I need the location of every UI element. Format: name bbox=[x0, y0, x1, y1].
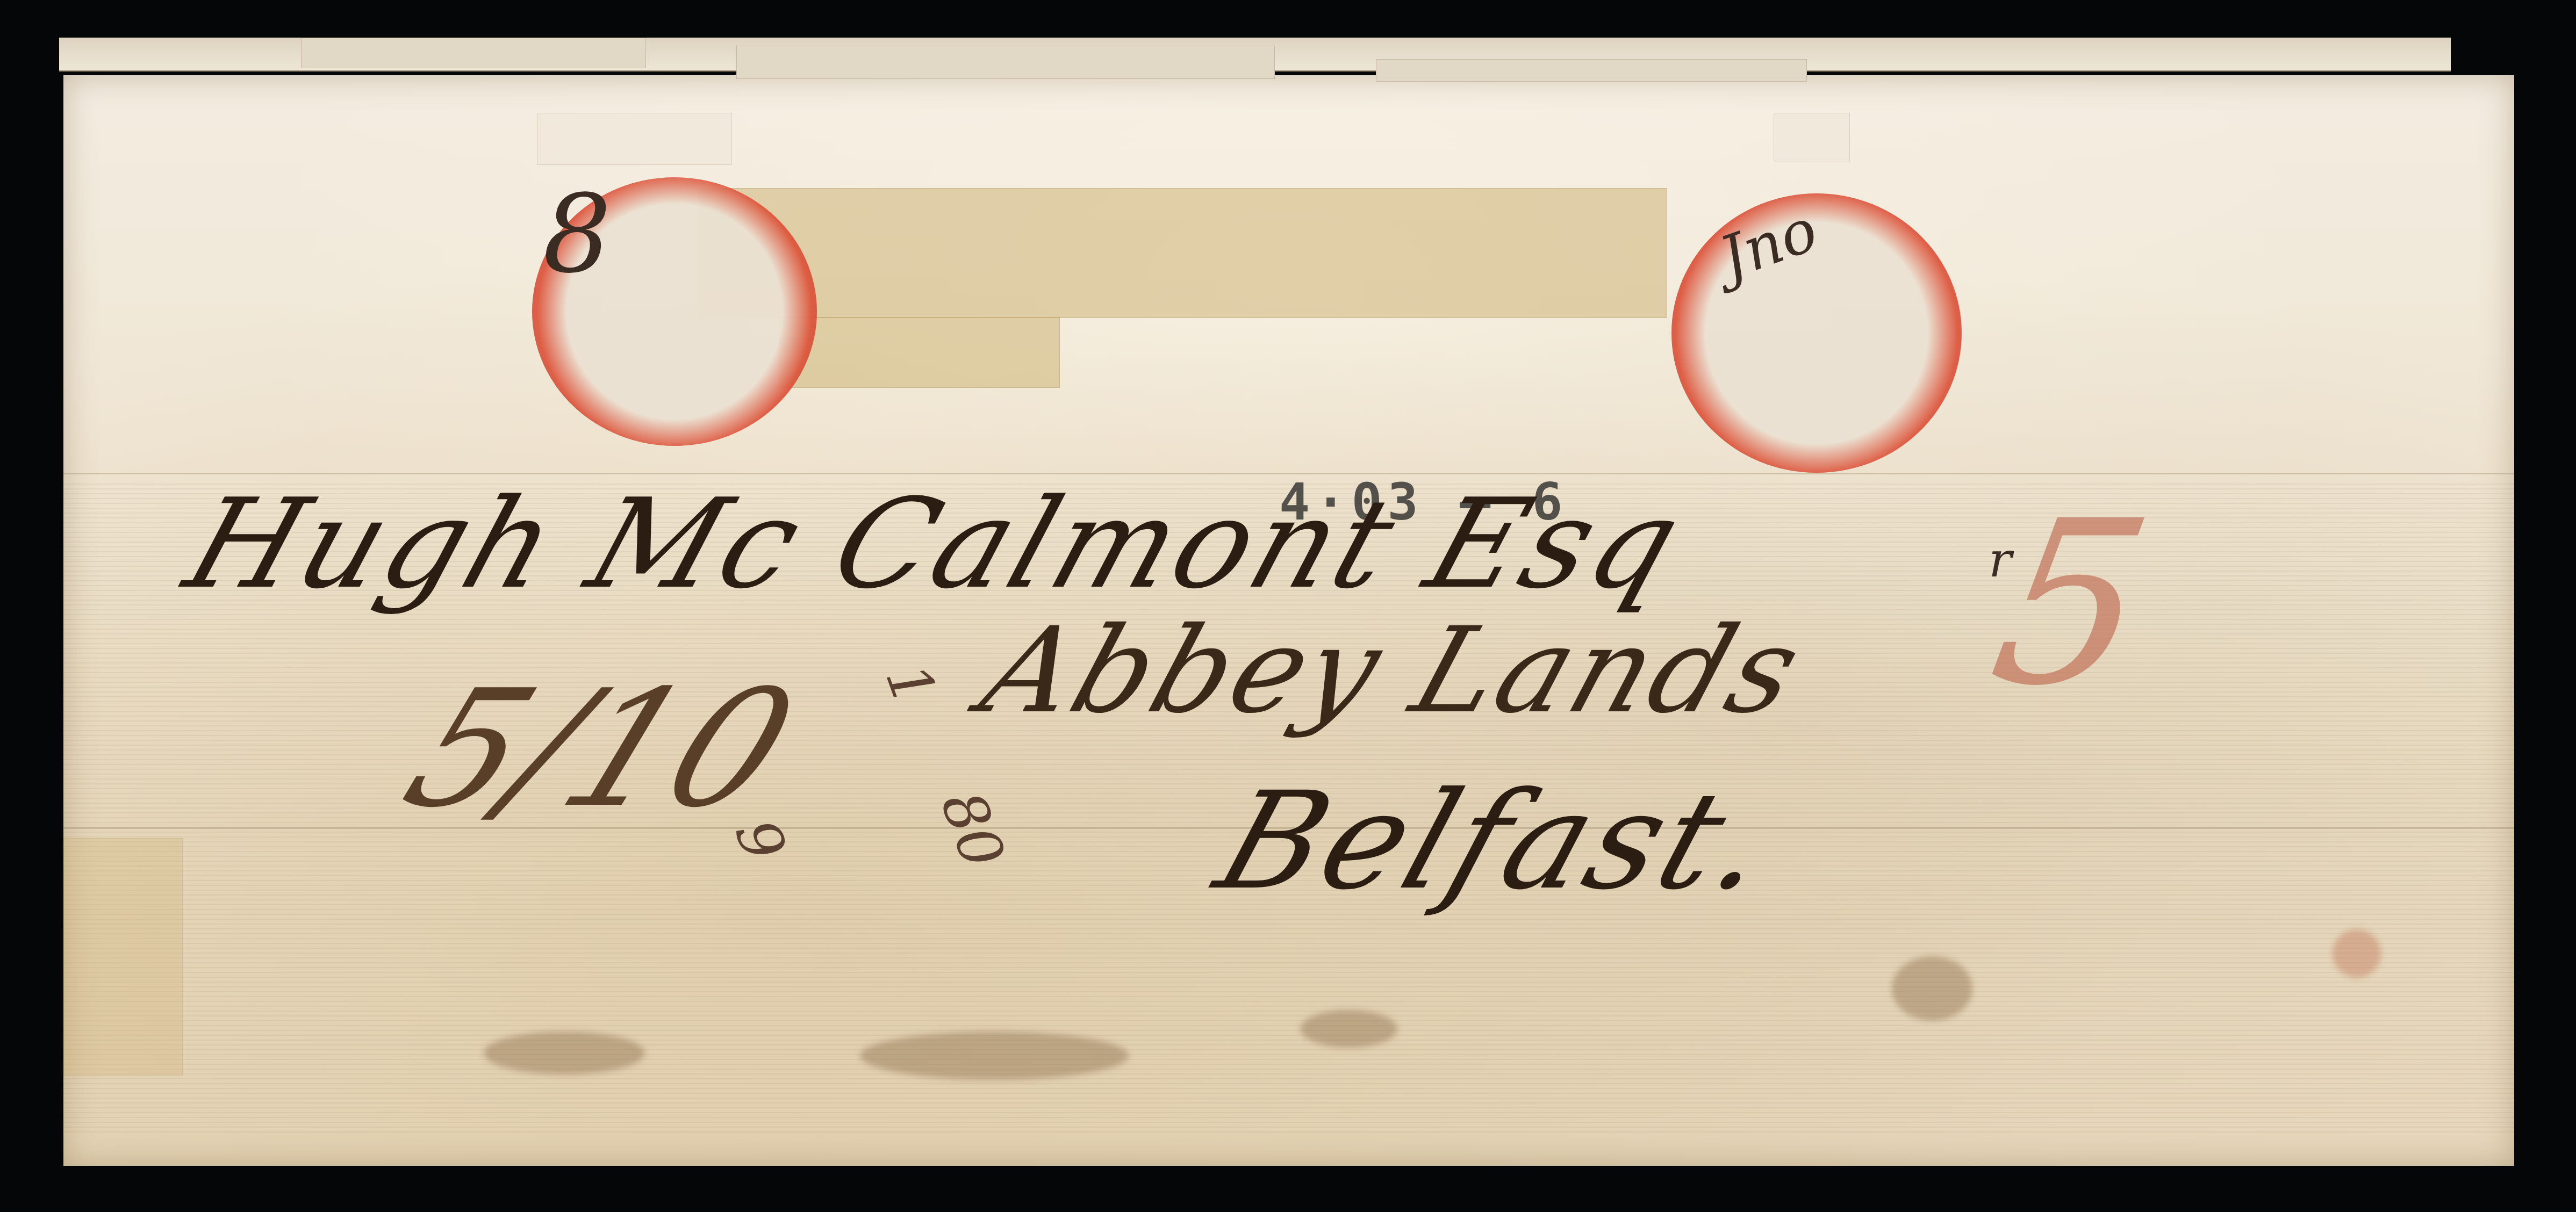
hinge-tape bbox=[63, 838, 183, 1076]
paper-tab bbox=[736, 46, 1275, 79]
address-city: Belfast. bbox=[1200, 763, 1793, 919]
ink-stain bbox=[860, 1031, 1129, 1080]
ink-stain bbox=[1892, 956, 1972, 1021]
seal-paper-remnant bbox=[537, 113, 732, 165]
address-street: Abbey Lands bbox=[966, 602, 1819, 739]
rate-marking: 5/10 bbox=[381, 655, 819, 843]
hinge-tape bbox=[779, 317, 1060, 388]
ink-stain bbox=[1301, 1010, 1397, 1048]
hinge-tape bbox=[699, 188, 1667, 318]
address-name: Hugh Mc Calmont Esq bbox=[170, 473, 1699, 616]
seal-paper-remnant bbox=[1774, 113, 1850, 162]
paper-tab bbox=[1376, 59, 1807, 82]
left-seal-note: 8 bbox=[543, 172, 611, 297]
ink-stain bbox=[2333, 929, 2381, 978]
ink-stain bbox=[484, 1031, 645, 1074]
paper-tab bbox=[301, 38, 646, 68]
esq-superscript: r bbox=[1989, 532, 2012, 588]
